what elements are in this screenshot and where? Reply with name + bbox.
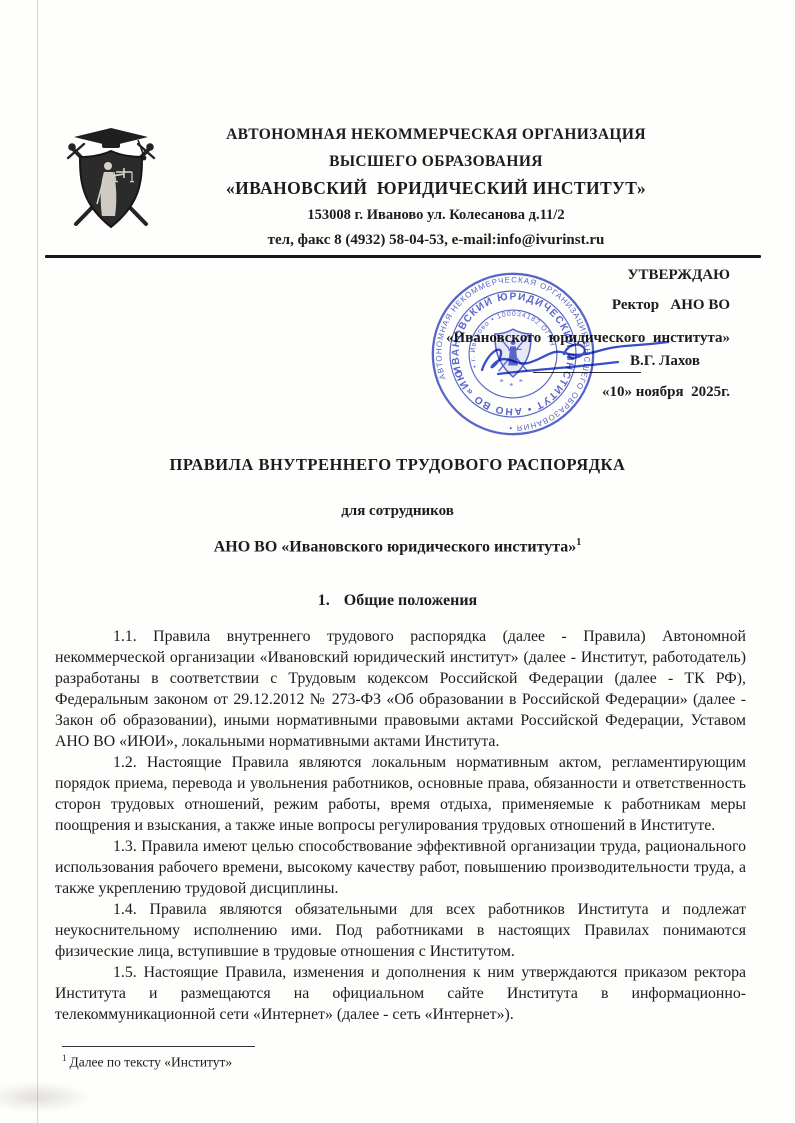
letterhead-divider: [45, 255, 761, 258]
org-address: 153008 г. Иваново ул. Колесанова д.11/2: [150, 207, 722, 224]
org-name-line2: ВЫСШЕГО ОБРАЗОВАНИЯ: [150, 153, 722, 171]
approve-word: УТВЕРЖДАЮ: [627, 267, 730, 284]
footnote-text: Далее по тексту «Институт»: [70, 1055, 233, 1070]
section-number: 1.: [318, 592, 330, 609]
footnote-marker: 1: [62, 1053, 67, 1063]
institute-emblem-logo: [58, 124, 164, 234]
footnote-reference: 1: [576, 537, 581, 548]
document-org-title: АНО ВО «Ивановского юридического институ…: [0, 537, 795, 556]
approver-position: Ректор АНО ВО: [612, 297, 730, 314]
section-body: 1.1. Правила внутреннего трудового распо…: [55, 626, 746, 1025]
rector-signature: [468, 330, 680, 385]
org-name-line3: «ИВАНОВСКИЙ ЮРИДИЧЕСКИЙ ИНСТИТУТ»: [150, 178, 722, 199]
scan-smudge: [0, 1082, 92, 1112]
paragraph-1-3: 1.3. Правила имеют целью способствование…: [55, 836, 746, 899]
section-heading: 1.Общие положения: [0, 592, 795, 610]
paragraph-1-1: 1.1. Правила внутреннего трудового распо…: [55, 626, 746, 752]
org-title-text: АНО ВО «Ивановского юридического институ…: [214, 538, 577, 555]
scan-edge-artifact: [37, 0, 38, 1123]
paragraph-1-4: 1.4. Правила являются обязательными для …: [55, 899, 746, 962]
org-contacts: тел, факс 8 (4932) 58-04-53, e-mail:info…: [150, 232, 722, 249]
letterhead: АВТОНОМНАЯ НЕКОММЕРЧЕСКАЯ ОРГАНИЗАЦИЯ ВЫ…: [150, 126, 722, 249]
document-page: АВТОНОМНАЯ НЕКОММЕРЧЕСКАЯ ОРГАНИЗАЦИЯ ВЫ…: [0, 0, 795, 1123]
paragraph-1-5: 1.5. Настоящие Правила, изменения и допо…: [55, 962, 746, 1025]
footnote: 1Далее по тексту «Институт»: [62, 1053, 232, 1071]
document-title: ПРАВИЛА ВНУТРЕННЕГО ТРУДОВОГО РАСПОРЯДКА: [0, 455, 795, 475]
org-name-line1: АВТОНОМНАЯ НЕКОММЕРЧЕСКАЯ ОРГАНИЗАЦИЯ: [150, 126, 722, 144]
approval-date: «10» ноября 2025г.: [602, 384, 730, 401]
document-subtitle: для сотрудников: [0, 503, 795, 520]
paragraph-1-2: 1.2. Настоящие Правила являются локальны…: [55, 752, 746, 836]
footnote-divider: [62, 1046, 255, 1047]
section-heading-text: Общие положения: [344, 592, 477, 609]
